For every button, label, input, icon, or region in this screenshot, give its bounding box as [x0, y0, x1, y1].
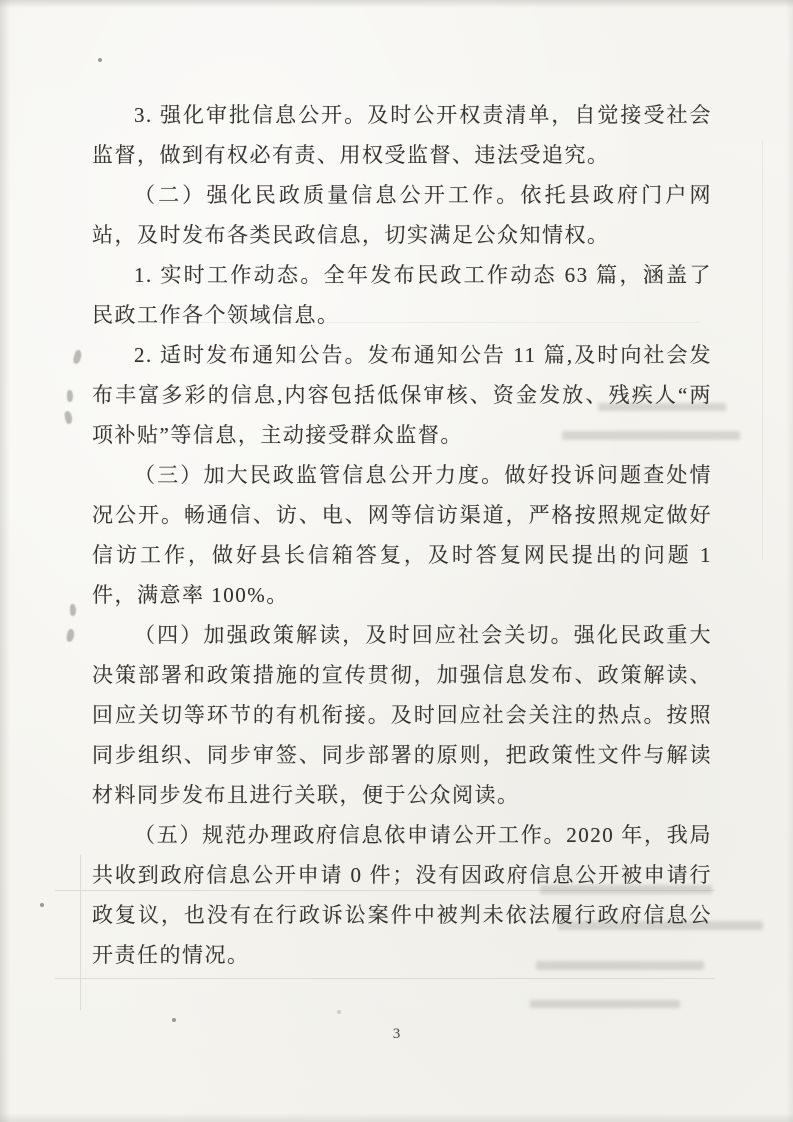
dust-speck	[172, 1018, 176, 1022]
bleed-through-line	[55, 978, 715, 979]
document-body: 3. 强化审批信息公开。及时公开权责清单，自觉接受社会监督，做到有权必有责、用权…	[92, 95, 712, 975]
ink-smudge	[72, 349, 82, 364]
bleed-through-line	[80, 855, 81, 1010]
dust-speck	[40, 903, 44, 907]
scan-edge-right	[786, 0, 793, 1122]
bleed-through-smudge	[530, 1000, 680, 1008]
dust-speck	[98, 58, 102, 62]
body-paragraph: （五）规范办理政府信息依申请公开工作。2020 年，我局共收到政府信息公开申请 …	[92, 815, 712, 975]
scan-edge-top	[0, 0, 793, 8]
body-paragraph: 3. 强化审批信息公开。及时公开权责清单，自觉接受社会监督，做到有权必有责、用权…	[92, 95, 712, 175]
scan-edge-bottom	[0, 1113, 793, 1122]
body-paragraph: （二）强化民政质量信息公开工作。依托县政府门户网站，及时发布各类民政信息，切实满…	[92, 175, 712, 255]
page-number: 3	[0, 1026, 793, 1043]
body-paragraph: 1. 实时工作动态。全年发布民政工作动态 63 篇，涵盖了民政工作各个领域信息。	[92, 255, 712, 335]
body-paragraph: 2. 适时发布通知公告。发布通知公告 11 篇,及时向社会发布丰富多彩的信息,内…	[92, 335, 712, 455]
dust-speck	[337, 1010, 341, 1014]
document-page: 3. 强化审批信息公开。及时公开权责清单，自觉接受社会监督，做到有权必有责、用权…	[0, 0, 793, 1122]
ink-smudge	[66, 628, 76, 642]
scan-edge-left	[0, 0, 10, 1122]
ink-smudge	[64, 410, 73, 424]
body-paragraph: （四）加强政策解读，及时回应社会关切。强化民政重大决策部署和政策措施的宣传贯彻，…	[92, 615, 712, 815]
body-paragraph: （三）加大民政监管信息公开力度。做好投诉问题查处情况公开。畅通信、访、电、网等信…	[92, 455, 712, 615]
ink-smudge	[67, 390, 73, 402]
ink-smudge	[70, 604, 76, 616]
bleed-through-line	[762, 140, 763, 560]
